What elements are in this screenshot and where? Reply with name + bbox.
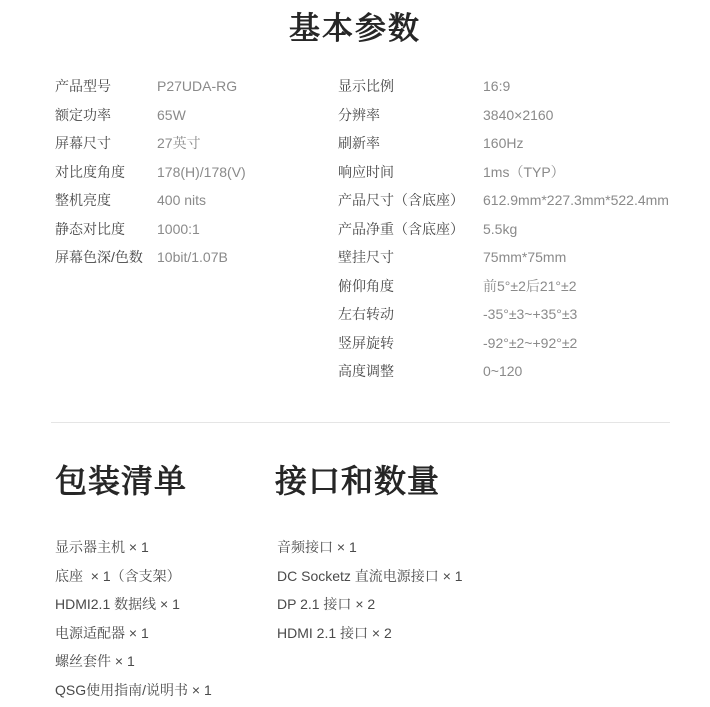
spec-label: 产品净重（含底座） [338, 219, 483, 239]
spec-row-product-model: 产品型号 P27UDA-RG [55, 72, 330, 101]
packing-item-screw-kit: 螺丝套件 × 1 [55, 647, 212, 676]
spec-label: 刷新率 [338, 133, 483, 153]
spec-value: 5.5kg [483, 221, 517, 237]
packing-item-base: 底座 × 1（含支架） [55, 562, 212, 591]
spec-value: 1ms（TYP） [483, 162, 565, 182]
section-divider [51, 422, 670, 423]
spec-label: 额定功率 [55, 105, 157, 125]
packing-item-monitor: 显示器主机 × 1 [55, 533, 212, 562]
interfaces-title: 接口和数量 [275, 458, 440, 504]
spec-value: 400 nits [157, 192, 206, 208]
spec-label: 产品尺寸（含底座） [338, 190, 483, 210]
interfaces-list: 音频接口 × 1 DC Socketz 直流电源接口 × 1 DP 2.1 接口… [277, 533, 463, 647]
spec-row-net-weight: 产品净重（含底座） 5.5kg [338, 215, 678, 244]
spec-value: P27UDA-RG [157, 78, 237, 94]
spec-label: 显示比例 [338, 76, 483, 96]
spec-value: 75mm*75mm [483, 249, 566, 265]
spec-value: -92°±2~+92°±2 [483, 335, 577, 351]
packing-item-power-adapter: 电源适配器 × 1 [55, 619, 212, 648]
spec-value: 16:9 [483, 78, 510, 94]
spec-row-rated-power: 额定功率 65W [55, 101, 330, 130]
interface-item-dp: DP 2.1 接口 × 2 [277, 590, 463, 619]
spec-value: 前5°±2后21°±2 [483, 276, 577, 296]
spec-value: 178(H)/178(V) [157, 164, 246, 180]
packing-list-title: 包装清单 [55, 458, 187, 504]
spec-label: 产品型号 [55, 76, 157, 96]
basic-params-right-column: 显示比例 16:9 分辨率 3840×2160 刷新率 160Hz 响应时间 1… [338, 72, 678, 386]
spec-row-product-dimensions: 产品尺寸（含底座） 612.9mm*227.3mm*522.4mm [338, 186, 678, 215]
spec-row-aspect-ratio: 显示比例 16:9 [338, 72, 678, 101]
spec-label: 左右转动 [338, 304, 483, 324]
spec-label: 对比度角度 [55, 162, 157, 182]
spec-value: 0~120 [483, 363, 522, 379]
spec-label: 俯仰角度 [338, 276, 483, 296]
spec-label: 静态对比度 [55, 219, 157, 239]
basic-params-left-column: 产品型号 P27UDA-RG 额定功率 65W 屏幕尺寸 27英寸 对比度角度 … [55, 72, 330, 272]
spec-row-response-time: 响应时间 1ms（TYP） [338, 158, 678, 187]
spec-row-pivot: 竖屏旋转 -92°±2~+92°±2 [338, 329, 678, 358]
spec-value: 160Hz [483, 135, 523, 151]
spec-row-resolution: 分辨率 3840×2160 [338, 101, 678, 130]
spec-value: 612.9mm*227.3mm*522.4mm [483, 192, 669, 208]
spec-sheet-page: 基本参数 产品型号 P27UDA-RG 额定功率 65W 屏幕尺寸 27英寸 对… [0, 0, 710, 707]
spec-row-color-depth: 屏幕色深/色数 10bit/1.07B [55, 243, 330, 272]
interface-item-audio: 音频接口 × 1 [277, 533, 463, 562]
spec-row-swivel: 左右转动 -35°±3~+35°±3 [338, 300, 678, 329]
packing-list: 显示器主机 × 1 底座 × 1（含支架） HDMI2.1 数据线 × 1 电源… [55, 533, 212, 704]
spec-row-brightness: 整机亮度 400 nits [55, 186, 330, 215]
spec-label: 高度调整 [338, 361, 483, 381]
spec-row-screen-size: 屏幕尺寸 27英寸 [55, 129, 330, 158]
spec-label: 壁挂尺寸 [338, 247, 483, 267]
spec-value: 3840×2160 [483, 107, 553, 123]
spec-row-viewing-angle: 对比度角度 178(H)/178(V) [55, 158, 330, 187]
spec-row-vesa-mount: 壁挂尺寸 75mm*75mm [338, 243, 678, 272]
spec-value: 1000:1 [157, 221, 200, 237]
page-title: 基本参数 [0, 10, 710, 48]
packing-item-hdmi-cable: HDMI2.1 数据线 × 1 [55, 590, 212, 619]
spec-row-height-adjust: 高度调整 0~120 [338, 357, 678, 386]
spec-label: 整机亮度 [55, 190, 157, 210]
spec-value: 65W [157, 107, 186, 123]
spec-value: -35°±3~+35°±3 [483, 306, 577, 322]
packing-item-qsg-manual: QSG使用指南/说明书 × 1 [55, 676, 212, 705]
spec-row-static-contrast: 静态对比度 1000:1 [55, 215, 330, 244]
spec-value: 10bit/1.07B [157, 249, 228, 265]
spec-label: 屏幕尺寸 [55, 133, 157, 153]
interface-item-dc-socket: DC Socketz 直流电源接口 × 1 [277, 562, 463, 591]
spec-label: 响应时间 [338, 162, 483, 182]
interface-item-hdmi: HDMI 2.1 接口 × 2 [277, 619, 463, 648]
spec-row-tilt-angle: 俯仰角度 前5°±2后21°±2 [338, 272, 678, 301]
spec-value: 27英寸 [157, 133, 201, 153]
spec-label: 屏幕色深/色数 [55, 247, 157, 267]
spec-row-refresh-rate: 刷新率 160Hz [338, 129, 678, 158]
spec-label: 竖屏旋转 [338, 333, 483, 353]
spec-label: 分辨率 [338, 105, 483, 125]
